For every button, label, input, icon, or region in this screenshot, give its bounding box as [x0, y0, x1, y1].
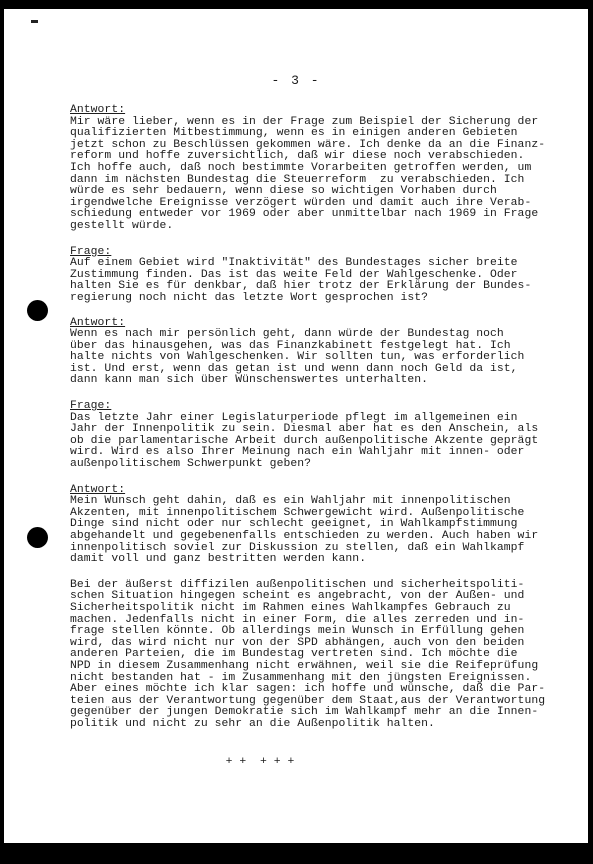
text-line: frage stellen könnte. Ob allerdings mein…	[70, 626, 570, 638]
scan-speck	[31, 20, 38, 23]
answer-paragraph: Bei der äußerst diffizilen außenpolitisc…	[70, 580, 570, 731]
document-page: - 3 - Antwort: Mir wäre lieber, wenn es …	[4, 9, 588, 843]
text-line: würde es sehr bedauern, wenn diese so wi…	[70, 186, 570, 198]
punch-hole	[27, 527, 48, 548]
question-section: Frage: Auf einem Gebiet wird "Inaktivitä…	[70, 247, 570, 305]
text-line: Auf einem Gebiet wird "Inaktivität" des …	[70, 258, 570, 270]
document-body: Antwort: Mir wäre lieber, wenn es in der…	[70, 105, 570, 768]
text-line: politik und nicht zu sehr an die Außenpo…	[70, 719, 570, 731]
text-line: damit voll und ganz bestritten werden ka…	[70, 554, 570, 566]
question-section: Frage: Das letzte Jahr einer Legislaturp…	[70, 401, 570, 471]
end-marker: + + + + +	[70, 757, 450, 769]
answer-section: Antwort: Wenn es nach mir persönlich geh…	[70, 318, 570, 388]
answer-section: Antwort: Mir wäre lieber, wenn es in der…	[70, 105, 570, 233]
text-line: Sicherheitspolitik nicht im Rahmen eines…	[70, 603, 570, 615]
section-label: Frage:	[70, 401, 111, 413]
text-line: außenpolitischem Schwerpunkt geben?	[70, 459, 570, 471]
text-line: gestellt würde.	[70, 221, 570, 233]
answer-section: Antwort: Mein Wunsch geht dahin, daß es …	[70, 485, 570, 566]
text-line: NPD in diesem Zusammenhang nicht erwähne…	[70, 661, 570, 673]
text-line: Aber eines möchte ich klar sagen: ich ho…	[70, 684, 570, 696]
section-label: Antwort:	[70, 105, 125, 117]
text-line: regierung noch nicht das letzte Wort ges…	[70, 293, 570, 305]
text-line: Wenn es nach mir persönlich geht, dann w…	[70, 329, 570, 341]
text-line: Ich hoffe auch, daß noch bestimmte Vorar…	[70, 163, 570, 175]
text-line: dann kann man sich über Wünschenswertes …	[70, 375, 570, 387]
punch-hole	[27, 300, 48, 321]
text-line: abgehandelt und gegebenenfalls entschied…	[70, 531, 570, 543]
page-number: - 3 -	[4, 73, 588, 88]
